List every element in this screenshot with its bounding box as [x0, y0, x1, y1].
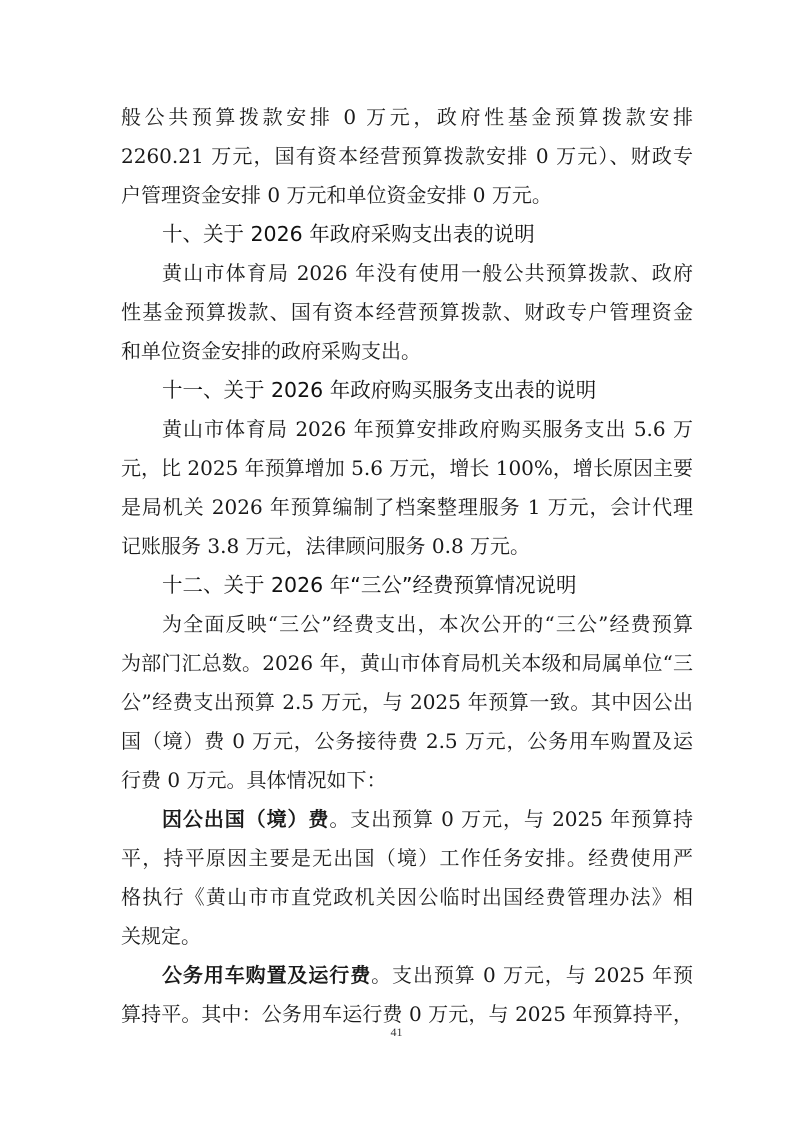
text-line: 行费 0 万元。具体情况如下：: [121, 761, 693, 800]
paragraph-official-vehicles: 公务用车购置及运行费。支出预算 0 万元，与 2025 年预 算持平。其中：公务…: [121, 956, 693, 1034]
text-line: 平，持平原因主要是无出国（境）工作任务安排。经费使用严: [121, 839, 693, 878]
page-number: 41: [0, 1025, 793, 1040]
text-line: 2260.21 万元，国有资本经营预算拨款安排 0 万元）、财政专: [121, 137, 693, 176]
text-line: 关规定。: [121, 917, 693, 956]
text-span: 。支出预算 0 万元，与 2025 年预: [371, 963, 693, 987]
text-line: 格执行《黄山市市直党政机关因公临时出国经费管理办法》相: [121, 878, 693, 917]
paragraph-three-public-expenses: 为全面反映“三公”经费支出，本次公开的“三公”经费预算 为部门汇总数。2026 …: [121, 605, 693, 800]
text-line: 为部门汇总数。2026 年，黄山市体育局机关本级和局属单位“三: [121, 644, 693, 683]
paragraph-continuation: 般公共预算拨款安排 0 万元，政府性基金预算拨款安排 2260.21 万元，国有…: [121, 98, 693, 215]
text-line: 户管理资金安排 0 万元和单位资金安排 0 万元。: [121, 176, 693, 215]
text-line: 性基金预算拨款、国有资本经营预算拨款、财政专户管理资金: [121, 293, 693, 332]
paragraph-overseas-travel: 因公出国（境）费。支出预算 0 万元，与 2025 年预算持 平，持平原因主要是…: [121, 800, 693, 956]
text-line: 是局机关 2026 年预算编制了档案整理服务 1 万元，会计代理: [121, 488, 693, 527]
text-line: 般公共预算拨款安排 0 万元，政府性基金预算拨款安排: [121, 98, 693, 137]
text-line: 黄山市体育局 2026 年预算安排政府购买服务支出 5.6 万: [121, 410, 693, 449]
text-line: 元，比 2025 年预算增加 5.6 万元，增长 100%，增长原因主要: [121, 449, 693, 488]
text-line: 公”经费支出预算 2.5 万元，与 2025 年预算一致。其中因公出: [121, 683, 693, 722]
document-page: 般公共预算拨款安排 0 万元，政府性基金预算拨款安排 2260.21 万元，国有…: [121, 98, 693, 1034]
bold-lead: 因公出国（境）费: [162, 807, 329, 831]
text-line: 因公出国（境）费。支出预算 0 万元，与 2025 年预算持: [121, 800, 693, 839]
section-heading-12: 十二、关于 2026 年“三公”经费预算情况说明: [121, 566, 693, 605]
text-line: 公务用车购置及运行费。支出预算 0 万元，与 2025 年预: [121, 956, 693, 995]
text-span: 。支出预算 0 万元，与 2025 年预算持: [329, 807, 693, 831]
text-line: 国（境）费 0 万元，公务接待费 2.5 万元，公务用车购置及运: [121, 722, 693, 761]
text-line: 为全面反映“三公”经费支出，本次公开的“三公”经费预算: [121, 605, 693, 644]
paragraph-purchased-services: 黄山市体育局 2026 年预算安排政府购买服务支出 5.6 万 元，比 2025…: [121, 410, 693, 566]
section-heading-11: 十一、关于 2026 年政府购买服务支出表的说明: [121, 371, 693, 410]
text-line: 记账服务 3.8 万元，法律顾问服务 0.8 万元。: [121, 527, 693, 566]
section-heading-10: 十、关于 2026 年政府采购支出表的说明: [121, 215, 693, 254]
text-line: 和单位资金安排的政府采购支出。: [121, 332, 693, 371]
text-line: 黄山市体育局 2026 年没有使用一般公共预算拨款、政府: [121, 254, 693, 293]
paragraph-government-procurement: 黄山市体育局 2026 年没有使用一般公共预算拨款、政府 性基金预算拨款、国有资…: [121, 254, 693, 371]
bold-lead: 公务用车购置及运行费: [162, 963, 371, 987]
